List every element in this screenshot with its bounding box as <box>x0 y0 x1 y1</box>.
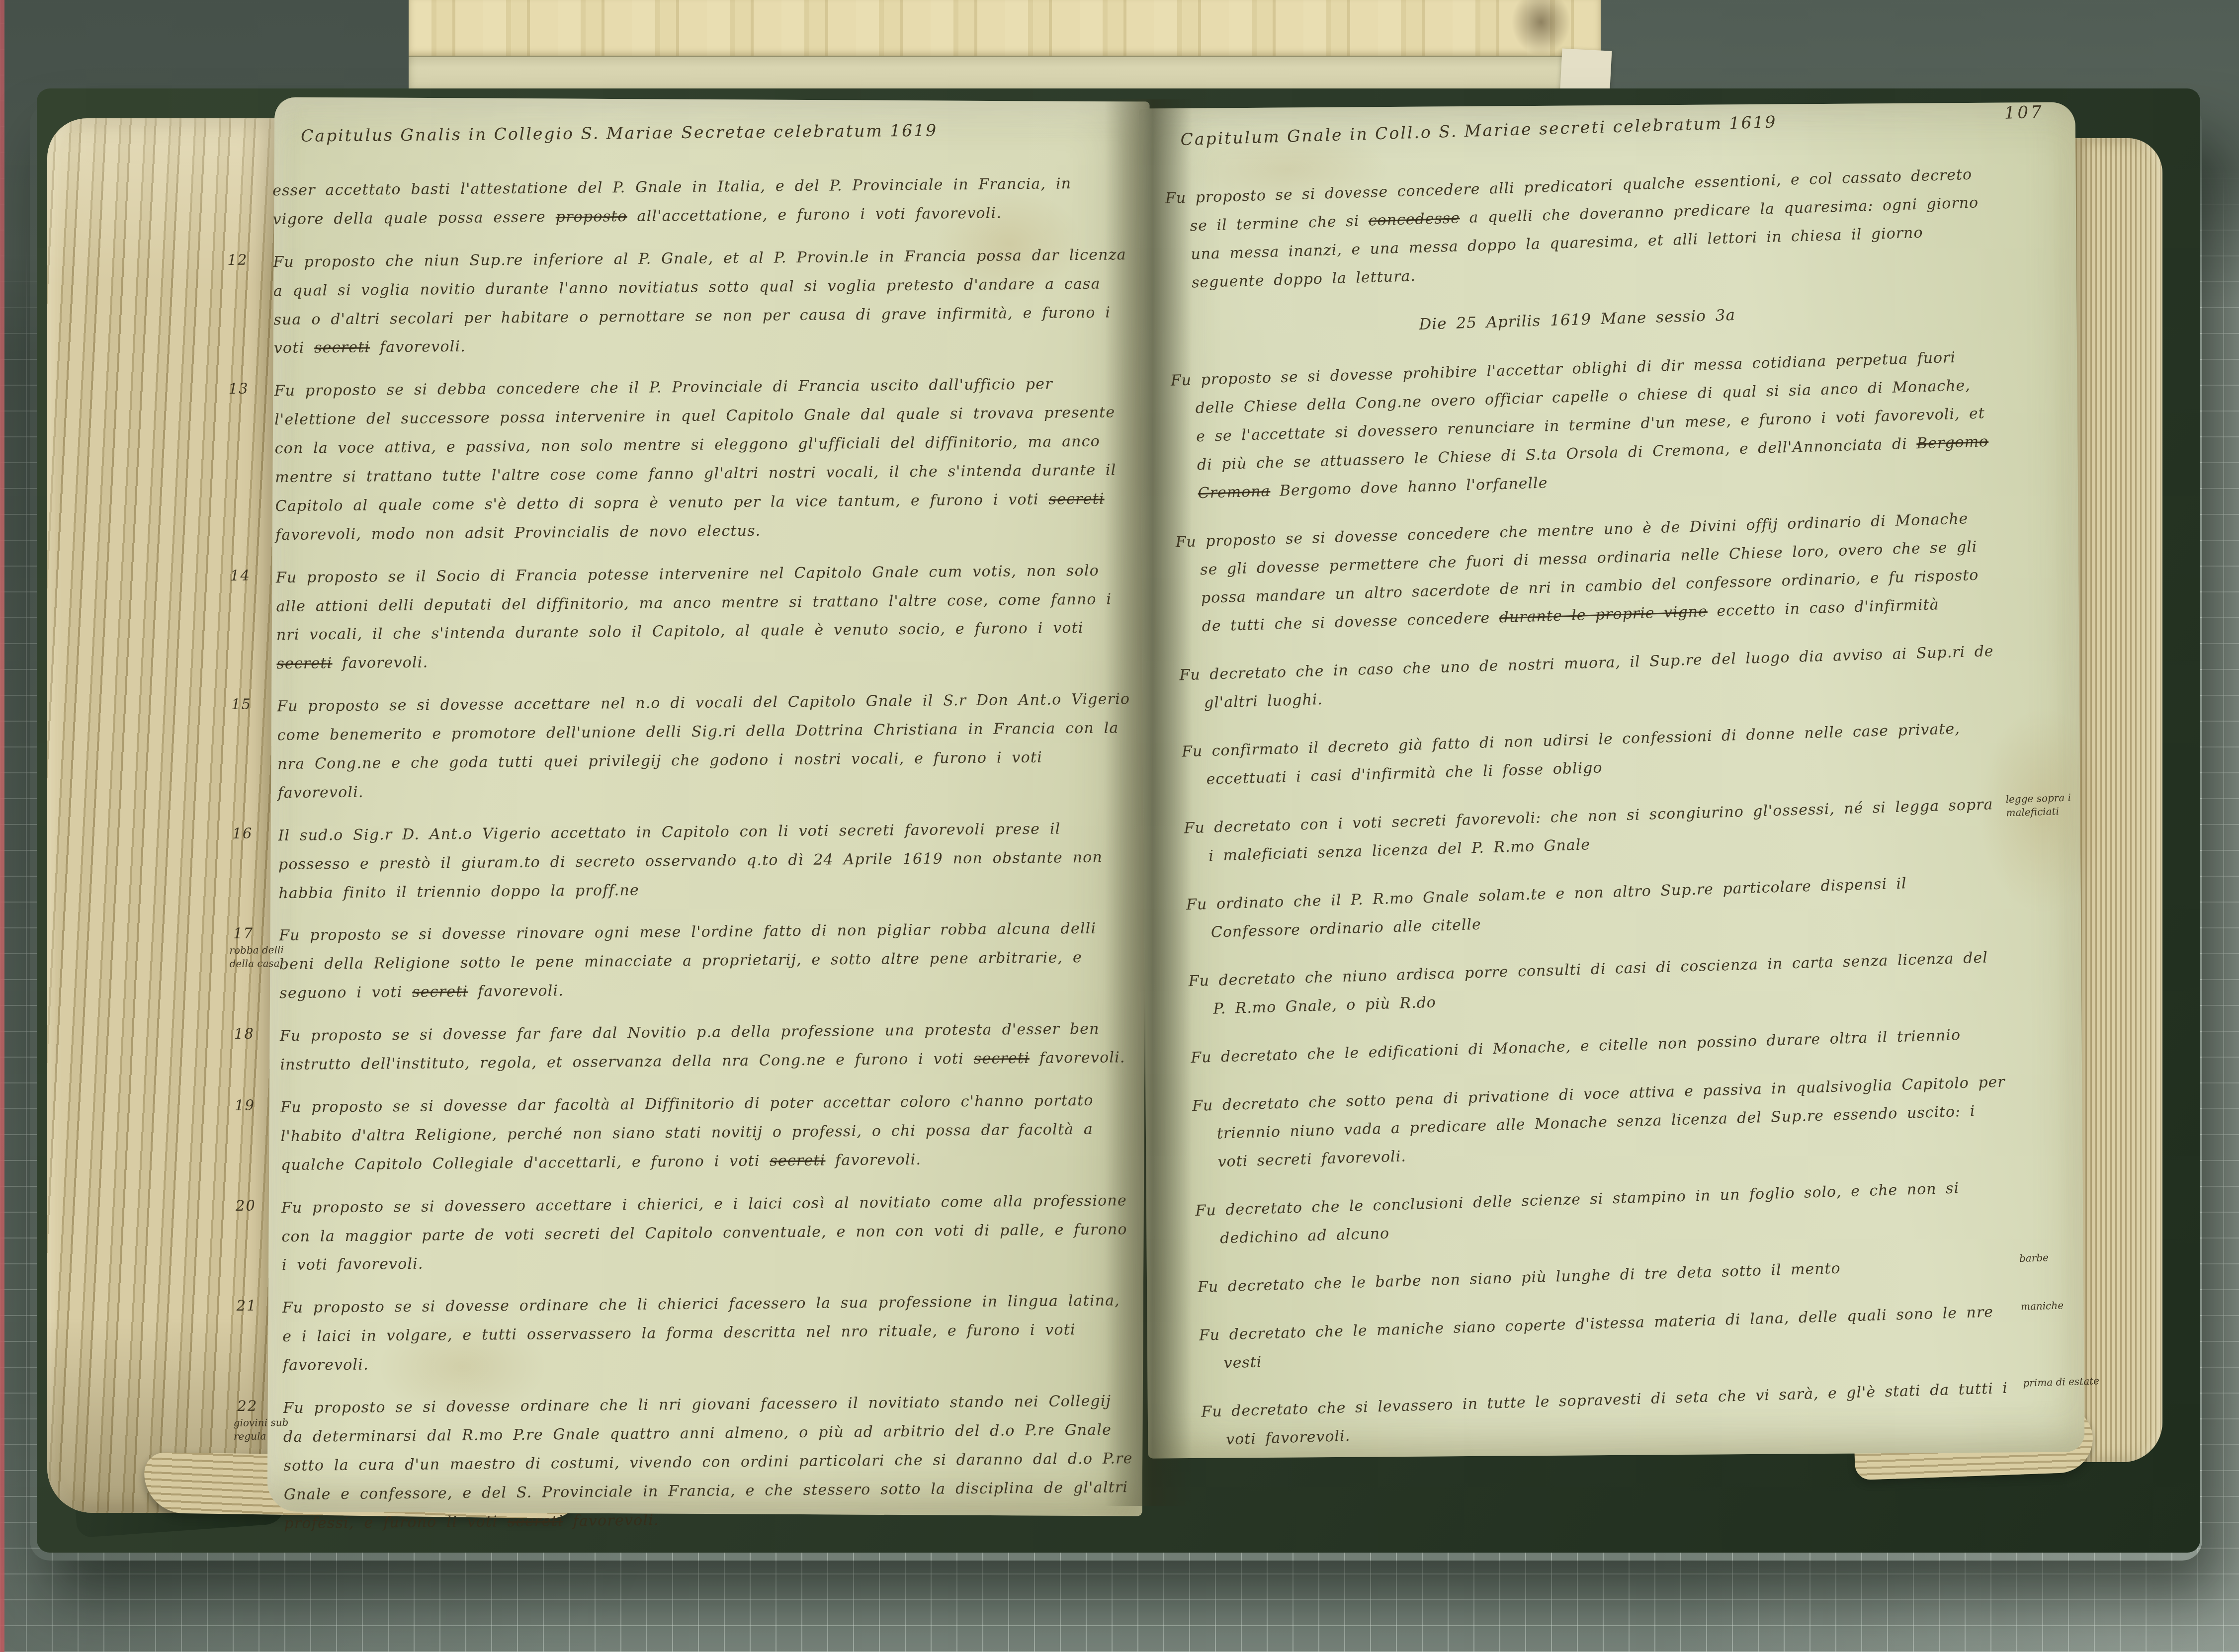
entry-text: Fu decretato con i voti secreti favorevo… <box>1184 790 2001 871</box>
entry-text: Fu decretato che le maniche siano copert… <box>1199 1297 2016 1378</box>
entry-text: Fu ordinato che il P. R.mo Gnale solam.t… <box>1186 867 2003 948</box>
entry-text: Fu decretato che in caso che uno de nost… <box>1179 637 1997 718</box>
manuscript-entry: esser accettato basti l'attestatione del… <box>227 169 1127 235</box>
wood-stain <box>1511 0 1571 56</box>
manuscript-entry: 16 Il sud.o Sig.r D. Ant.o Vigerio accet… <box>232 814 1132 908</box>
manuscript-entry: 21 Fu proposto se si dovesse ordinare ch… <box>237 1286 1137 1380</box>
left-page-text: Capitulus Gnalis in Collegio S. Mariae S… <box>226 119 1138 1552</box>
entry-text: Fu proposto se si dovesse far fare dal N… <box>280 1014 1134 1079</box>
manuscript-entry: 20 Fu proposto se si dovessero accettare… <box>236 1186 1136 1280</box>
entry-number: 21 <box>237 1294 283 1380</box>
margin-note: maniche <box>2021 1297 2115 1314</box>
entry-number: 18 <box>234 1022 280 1080</box>
entry-number: 14 <box>230 564 277 679</box>
entry-text: Fu proposto se si dovessero accettare i … <box>281 1186 1136 1280</box>
manuscript-entry: Fu confirmato il decreto già fatto di no… <box>1181 711 2093 794</box>
entry-text: Fu decretato che le edificationi di Mona… <box>1191 1019 2007 1072</box>
manuscript-entry: Fu decretato che niuno ardisca porre con… <box>1188 940 2100 1024</box>
entry-text: esser accettato basti l'attestatione del… <box>272 169 1127 234</box>
entry-text: Fu decretato che sotto pena di privation… <box>1192 1068 2010 1177</box>
manuscript-entry: Fu proposto se si dovesse concedere che … <box>1175 501 2089 641</box>
manuscript-entry: 22 Fu proposto se si dovesse ordinare ch… <box>237 1387 1138 1538</box>
entry-text: Fu proposto se si dovesse dar facoltà al… <box>280 1086 1135 1180</box>
manuscript-entry: 18 Fu proposto se si dovesse far fare da… <box>234 1014 1134 1080</box>
entry-text: Il sud.o Sig.r D. Ant.o Vigerio accettat… <box>278 814 1132 908</box>
manuscript-entry: 15 Fu proposto se si dovesse accettare n… <box>231 685 1132 808</box>
entry-text: Fu decretato che niuno ardisca porre con… <box>1188 943 2006 1024</box>
mat-red-edge-stripe <box>0 0 4 1652</box>
manuscript-entry: 14 Fu proposto se il Socio di Francia po… <box>230 556 1131 679</box>
margin-note: barbe <box>2019 1249 2113 1265</box>
entry-text: Fu proposto che niun Sup.re inferiore al… <box>273 241 1128 363</box>
entry-number <box>227 176 273 235</box>
manuscript-entry: Fu decretato che le conclusioni delle sc… <box>1195 1170 2107 1253</box>
manuscript-entry: 12 Fu proposto che niun Sup.re inferiore… <box>227 241 1128 363</box>
entry-number: 16 <box>232 822 279 908</box>
entry-text: Fu proposto se si dovesse accettare nel … <box>277 685 1132 808</box>
page-number: 107 <box>2004 102 2044 123</box>
entry-number: 20 <box>236 1194 282 1280</box>
entry-text: Die 25 Aprilis 1619 Mane sessio 3a <box>1169 293 1985 347</box>
entry-text: Fu proposto se il Socio di Francia potes… <box>276 556 1131 679</box>
entry-text: Fu proposto se si dovesse prohibire l'ac… <box>1170 342 1990 508</box>
entry-text: Fu proposto se si dovesse concedere che … <box>1175 504 1994 642</box>
entry-text: Fu decretato che le conclusioni delle sc… <box>1195 1172 2013 1253</box>
manuscript-entry: Fu proposto se si dovesse concedere alli… <box>1165 158 2078 298</box>
manuscript-entry: Fu ordinato che il P. R.mo Gnale solam.t… <box>1186 864 2098 947</box>
manuscript-entry: Fu decretato che le barbe non siano più … <box>1197 1246 2108 1302</box>
entry-number: 15 <box>231 692 278 808</box>
entry-text: Fu proposto se si dovesse ordinare che l… <box>283 1387 1138 1538</box>
entry-text: Fu confirmato il decreto già fatto di no… <box>1181 714 1999 795</box>
manuscript-entry: Fu decretato con i voti secreti favorevo… <box>1184 787 2096 871</box>
manuscript-photo: Capitulus Gnalis in Collegio S. Mariae S… <box>0 0 2239 1652</box>
entry-text: Fu decretato che si levassero in tutte l… <box>1201 1374 2019 1455</box>
manuscript-entry: Fu decretato che sotto pena di privation… <box>1192 1065 2104 1177</box>
manuscript-entry: Die 25 Aprilis 1619 Mane sessio 3a <box>1169 290 2080 346</box>
manuscript-entry: Fu proposto se si dovesse prohibire l'ac… <box>1170 339 2085 508</box>
entry-text: Fu proposto se si dovesse ordinare che l… <box>282 1286 1136 1380</box>
margin-note: legge sopra i maleficiati <box>2005 790 2100 820</box>
manuscript-entry: 17 Fu proposto se si dovesse rinovare og… <box>233 914 1133 1008</box>
manuscript-entry: Fu decretato che le maniche siano copert… <box>1199 1294 2111 1378</box>
manuscript-entry: Fu decretato che in caso che uno de nost… <box>1179 634 2091 718</box>
manuscript-entry: 19 Fu proposto se si dovesse dar facoltà… <box>235 1086 1135 1180</box>
entry-text: Fu proposto se si dovesse rinovare ogni … <box>279 914 1133 1008</box>
margin-note: robba delli della casa <box>229 943 293 971</box>
manuscript-entry: Fu decretato che le edificationi di Mona… <box>1191 1017 2102 1072</box>
entry-text: Fu proposto se si debba concedere che il… <box>274 370 1129 550</box>
margin-note: prima di estate <box>2023 1374 2117 1390</box>
right-page-text: Capitulum Gnale in Coll.o S. Mariae secr… <box>1163 103 2113 1475</box>
entry-number: 19 <box>235 1093 281 1180</box>
entry-number: 12 <box>227 248 274 363</box>
entry-text: Fu proposto se si dovesse concedere alli… <box>1165 160 1984 298</box>
manuscript-entry: 13 Fu proposto se si debba concedere che… <box>228 370 1129 550</box>
entry-number: 13 <box>228 377 275 550</box>
margin-note: giovini sub regula <box>234 1416 297 1443</box>
manuscript-entry: Fu decretato che si levassero in tutte l… <box>1201 1371 2113 1454</box>
entry-text: Fu decretato che le barbe non siano più … <box>1197 1249 2014 1302</box>
wooden-plank <box>409 0 1601 58</box>
